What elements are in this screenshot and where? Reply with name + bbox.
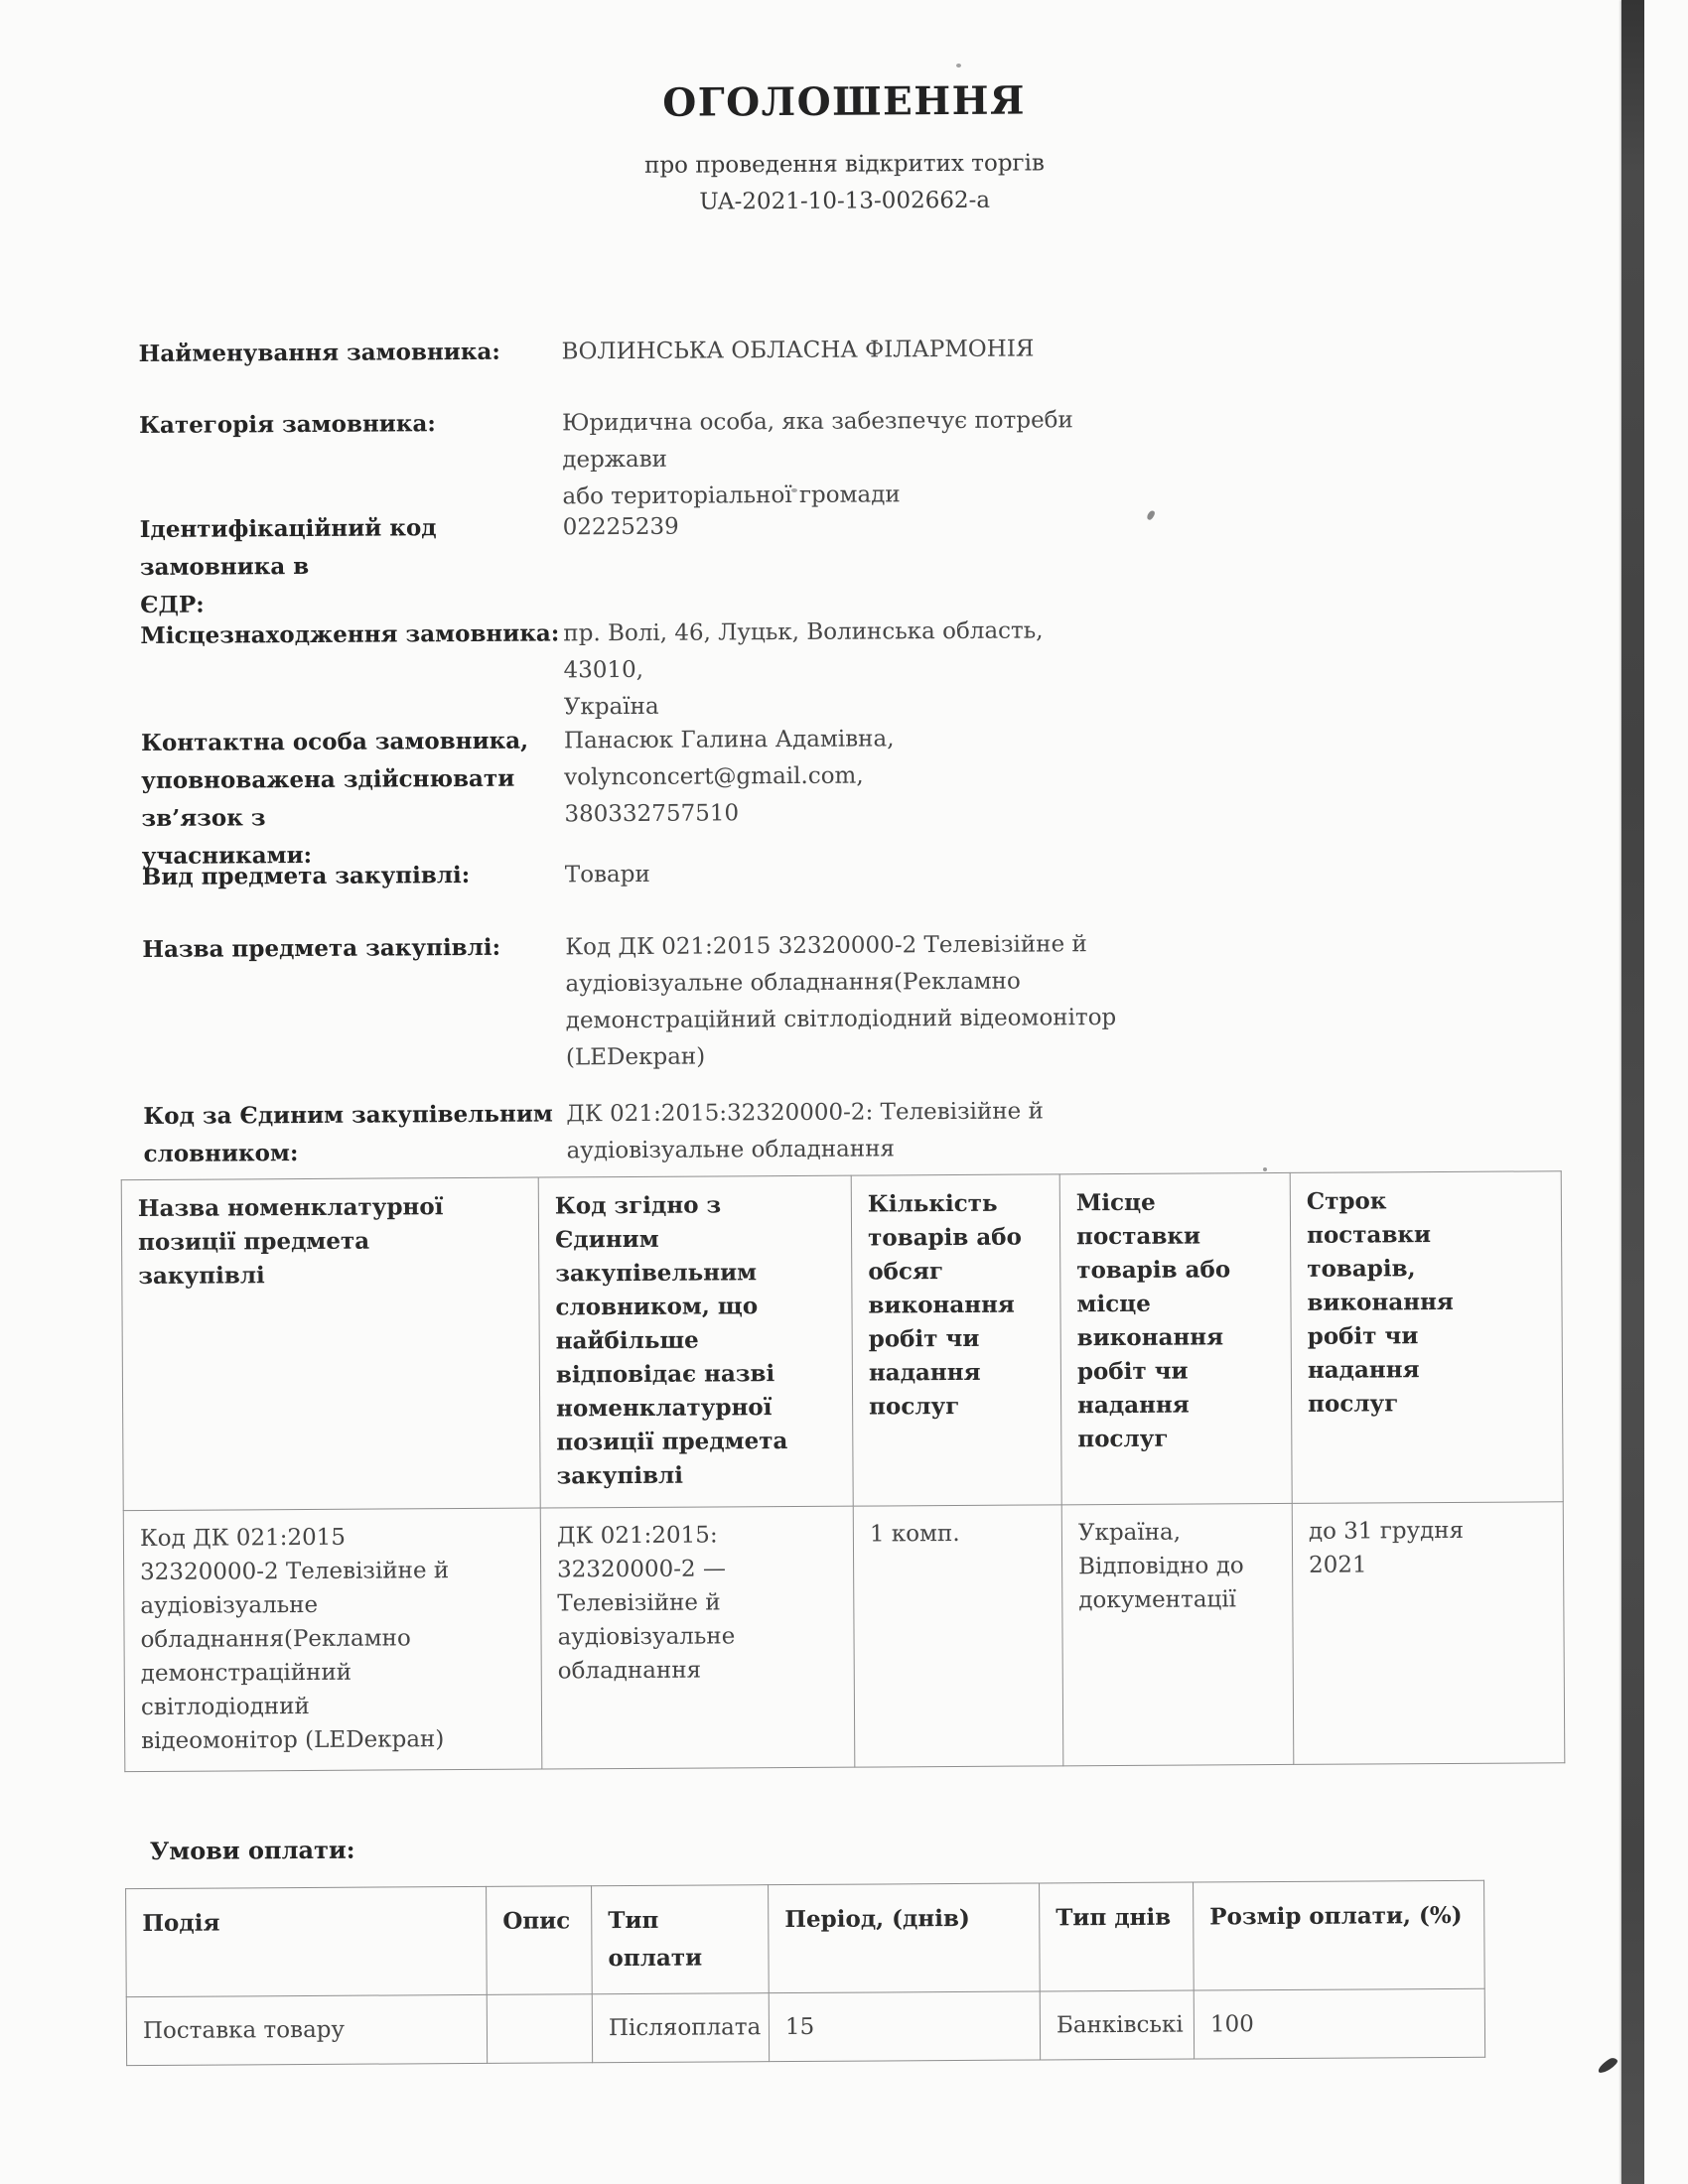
items-cell: Україна, Відповідно до документації (1061, 1503, 1294, 1765)
payment-header-cell: Подія (126, 1886, 488, 1996)
field-label: Назва предмета закупівлі: (142, 928, 565, 969)
field-contact-person: Контактна особа замовника, уповноважена … (141, 719, 1117, 876)
payment-cell: Післяоплата (592, 1993, 769, 2063)
field-value: ДК 021:2015:32320000-2: Телевізійне й ау… (566, 1092, 1118, 1169)
payment-cell: Банківські (1040, 1990, 1194, 2060)
field-value: Юридична особа, яка забезпечує потреби д… (562, 401, 1115, 515)
payment-cell: 15 (769, 1991, 1040, 2062)
payment-cell (487, 1994, 592, 2064)
field-value: 02225239 (563, 505, 1115, 546)
payment-header-cell: Тип оплати (592, 1885, 770, 1994)
payment-cell: 100 (1194, 1988, 1484, 2059)
items-cell: 1 комп. (853, 1505, 1063, 1767)
items-cell: до 31 грудня 2021 (1292, 1502, 1565, 1765)
items-header-cell: Код згідно з Єдиним закупівельним словни… (538, 1175, 853, 1508)
document-content: ОГОЛОШЕННЯ про проведення відкритих торг… (0, 0, 1688, 2184)
payment-header-cell: Розмір оплати, (%) (1194, 1880, 1485, 1990)
scan-speck (791, 488, 797, 492)
items-header-cell: Кількість товарів або обсяг виконання ро… (851, 1174, 1061, 1506)
items-table: Назва номенклатурної позиції предмета за… (121, 1170, 1566, 1772)
payment-table-row: Поставка товару Післяоплата 15 Банківськ… (126, 1988, 1484, 2065)
field-value: пр. Волі, 46, Луцьк, Волинська область, … (563, 612, 1116, 726)
payment-terms-heading: Умови оплати: (150, 1836, 355, 1865)
field-procurement-type: Вид предмета закупівлі: Товари (142, 853, 1117, 896)
field-label: Вид предмета закупівлі: (142, 856, 565, 896)
field-customer-category: Категорія замовника: Юридична особа, яка… (139, 401, 1115, 518)
scan-speck (956, 64, 961, 68)
items-table-header-row: Назва номенклатурної позиції предмета за… (121, 1171, 1563, 1511)
field-label: Місцезнаходження замовника: (140, 614, 563, 655)
title-block: ОГОЛОШЕННЯ про проведення відкритих торг… (0, 73, 1688, 223)
field-procurement-name: Назва предмета закупівлі: Код ДК 021:201… (142, 925, 1118, 1079)
items-cell: Код ДК 021:2015 32320000-2 Телевізійне й… (123, 1508, 542, 1772)
scan-speck (1263, 1167, 1267, 1171)
items-header-cell: Місце поставки товарів або місце виконан… (1059, 1172, 1292, 1504)
field-label: Ідентифікаційний код замовника в ЄДР: (140, 508, 564, 624)
field-customer-id-code: Ідентифікаційний код замовника в ЄДР: 02… (140, 505, 1116, 624)
field-value: Товари (565, 853, 1117, 893)
scanned-document-page: ОГОЛОШЕННЯ про проведення відкритих торг… (0, 0, 1688, 2184)
items-header-cell: Назва номенклатурної позиції предмета за… (121, 1177, 540, 1511)
field-label: Код за Єдиним закупівельним словником: (143, 1095, 566, 1173)
scan-edge-stripe (1621, 0, 1644, 2184)
payment-header-cell: Період, (днів) (769, 1883, 1041, 1993)
field-customer-name: Найменування замовника: ВОЛИНСЬКА ОБЛАСН… (139, 330, 1114, 373)
field-value: Код ДК 021:2015 32320000-2 Телевізійне й… (565, 925, 1118, 1076)
payment-cell: Поставка товару (126, 1994, 487, 2065)
payment-header-cell: Тип днів (1040, 1882, 1195, 1991)
document-title: ОГОЛОШЕННЯ (0, 73, 1688, 129)
field-label: Контактна особа замовника, уповноважена … (141, 722, 565, 876)
items-header-cell: Строк поставки товарів, виконання робіт … (1290, 1171, 1563, 1504)
field-customer-location: Місцезнаходження замовника: пр. Волі, 46… (140, 612, 1116, 729)
field-value: ВОЛИНСЬКА ОБЛАСНА ФІЛАРМОНІЯ (562, 330, 1114, 370)
field-value: Панасюк Галина Адамівна, volynconcert@gm… (564, 719, 1117, 833)
payment-table-header-row: Подія Опис Тип оплати Період, (днів) Тип… (126, 1880, 1485, 1996)
payment-header-cell: Опис (487, 1886, 593, 1995)
items-table-row: Код ДК 021:2015 32320000-2 Телевізійне й… (123, 1502, 1565, 1772)
items-cell: ДК 021:2015: 32320000-2 — Телевізійне й … (540, 1506, 855, 1769)
field-label: Категорія замовника: (139, 404, 562, 445)
payment-table: Подія Опис Тип оплати Період, (днів) Тип… (125, 1880, 1485, 2066)
field-label: Найменування замовника: (139, 333, 562, 373)
field-cpv-code: Код за Єдиним закупівельним словником: Д… (143, 1092, 1118, 1173)
